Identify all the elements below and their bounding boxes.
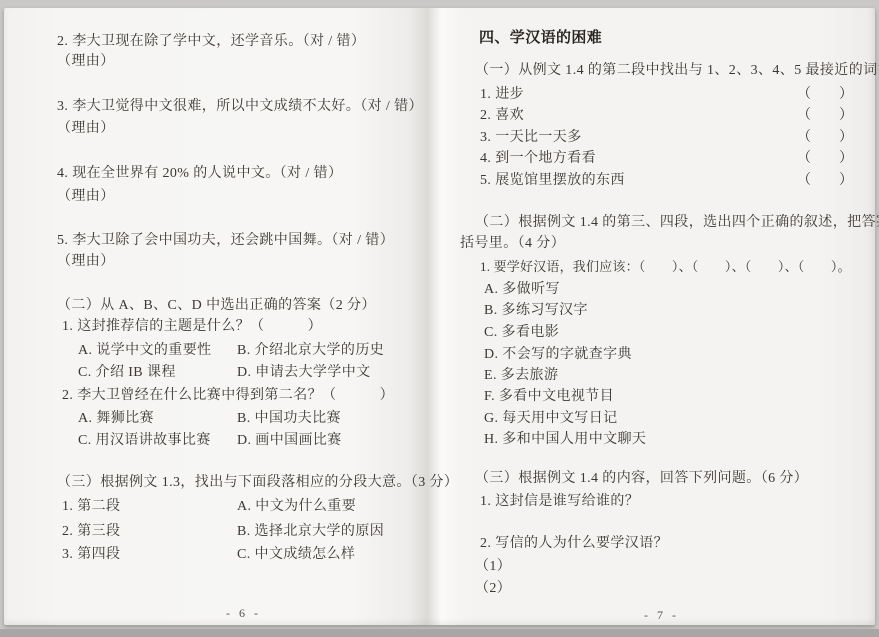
question-stem: 2. 写信的人为什么要学汉语？ <box>480 535 668 553</box>
option-cell: E. 多去旅游 <box>484 367 558 385</box>
answer-bracket: （ ） <box>797 150 853 168</box>
section-header: （一）从例文 1.4 的第二段中找出与 1、2、3、4、5 最接近的词语。（5 … <box>475 62 879 80</box>
question-stem: 1. 要学好汉语，我们应该：（ ）、（ ）、（ ）、（ ）。 <box>480 258 851 276</box>
list-item: 1. 进步 <box>480 86 524 104</box>
match-left: 2. 第三段 <box>62 523 120 541</box>
section-header: （三）根据例文 1.3，找出与下面段落相应的分段大意。（3 分） <box>57 474 458 492</box>
option-cell: C. 用汉语讲故事比赛 <box>78 432 211 450</box>
photo-background: 2. 李大卫现在除了学中文，还学音乐。（对 / 错） （理由） 3. 李大卫觉得… <box>0 0 879 637</box>
match-right: A. 中文为什么重要 <box>237 498 356 516</box>
answer-bracket: （ ） <box>797 86 853 104</box>
tf-question: 3. 李大卫觉得中文很难，所以中文成绩不太好。（对 / 错） <box>57 98 423 116</box>
question-stem: 2. 李大卫曾经在什么比赛中得到第二名？（ ） <box>62 387 394 405</box>
option-cell: B. 中国功夫比赛 <box>237 410 341 428</box>
list-item: 3. 一天比一天多 <box>480 129 582 147</box>
reason-label: （理由） <box>57 53 115 71</box>
match-left: 1. 第二段 <box>62 498 120 516</box>
reason-label: （理由） <box>57 253 115 271</box>
page-number: - 6 - <box>226 604 261 622</box>
option-cell: G. 每天用中文写日记 <box>484 410 618 428</box>
question-stem: 1. 这封推荐信的主题是什么？（ ） <box>62 318 322 336</box>
answer-bracket: （ ） <box>797 172 853 190</box>
option-cell: C. 多看电影 <box>484 324 559 342</box>
match-left: 3. 第四段 <box>62 546 120 564</box>
section-header-continuation: 括号里。（4 分） <box>460 235 565 253</box>
option-cell: B. 多练习写汉字 <box>484 302 588 320</box>
option-cell: D. 不会写的字就查字典 <box>484 346 632 364</box>
section-header: （三）根据例文 1.4 的内容，回答下列问题。（6 分） <box>475 470 808 488</box>
reason-label: （理由） <box>57 188 115 206</box>
reason-label: （理由） <box>57 120 115 138</box>
list-item: 5. 展览馆里摆放的东西 <box>480 172 625 190</box>
tf-question: 2. 李大卫现在除了学中文，还学音乐。（对 / 错） <box>57 33 365 51</box>
option-cell: A. 舞狮比赛 <box>78 410 154 428</box>
sub-answer-label: （1） <box>475 558 511 576</box>
list-item: 4. 到一个地方看看 <box>480 150 596 168</box>
option-cell: A. 多做听写 <box>484 281 560 299</box>
list-item: 2. 喜欢 <box>480 107 524 125</box>
book-spread: 2. 李大卫现在除了学中文，还学音乐。（对 / 错） （理由） 3. 李大卫觉得… <box>4 8 875 625</box>
option-cell: C. 介绍 IB 课程 <box>78 364 176 382</box>
answer-bracket: （ ） <box>797 107 853 125</box>
option-cell: H. 多和中国人用中文聊天 <box>484 431 646 449</box>
option-cell: A. 说学中文的重要性 <box>78 342 212 360</box>
section-header: （二）从 A、B、C、D 中选出正确的答案（2 分） <box>57 297 376 315</box>
tf-question: 4. 现在全世界有 20% 的人说中文。（对 / 错） <box>57 165 342 183</box>
question-stem: 1. 这封信是谁写给谁的？ <box>480 493 639 511</box>
option-cell: B. 介绍北京大学的历史 <box>237 342 384 360</box>
sub-answer-label: （2） <box>475 580 511 598</box>
answer-bracket: （ ） <box>797 129 853 147</box>
tf-question: 5. 李大卫除了会中国功夫，还会跳中国舞。（对 / 错） <box>57 232 394 250</box>
match-right: B. 选择北京大学的原因 <box>237 523 384 541</box>
option-cell: D. 申请去大学学中文 <box>237 364 371 382</box>
page-number: - 7 - <box>644 606 679 624</box>
option-cell: D. 画中国画比赛 <box>237 432 342 450</box>
option-cell: F. 多看中文电视节目 <box>484 388 614 406</box>
chapter-title: 四、学汉语的困难 <box>479 29 602 47</box>
section-header: （二）根据例文 1.4 的第三、四段，选出四个正确的叙述，把答案写在 <box>475 214 879 232</box>
table-surface-edge <box>0 629 879 637</box>
match-right: C. 中文成绩怎么样 <box>237 546 355 564</box>
